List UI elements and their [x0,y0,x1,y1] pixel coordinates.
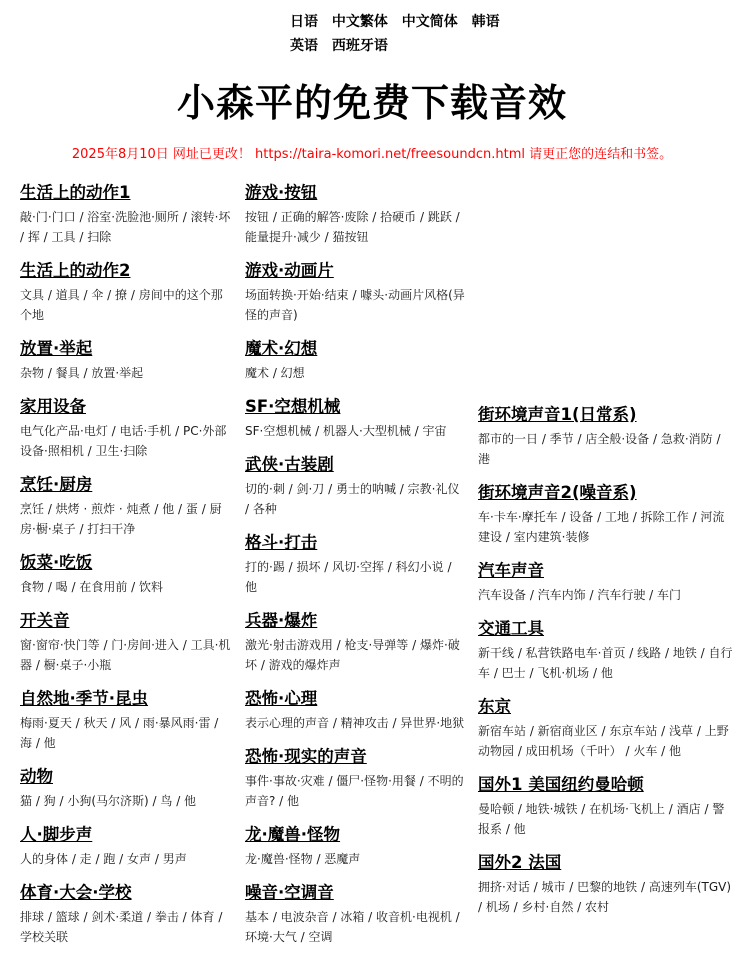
category-items: 打的·踢 / 损坏 / 风切·空挥 / 科幻小说 / 他 [245,557,466,597]
category-items: 拥挤·对话 / 城市 / 巴黎的地铁 / 高速列车(TGV) / 机场 / 乡村… [478,877,735,917]
category-section: 交通工具 新干线 / 私营铁路电车·首页 / 线路 / 地铁 / 自行车 / 巴… [478,618,735,683]
category-section: 街环境声音2(噪音系) 车·卡车·摩托车 / 设备 / 工地 / 拆除工作 / … [478,482,735,547]
category-heading-link[interactable]: 东京 [478,696,511,717]
category-section: 家用设备 电气化产品·电灯 / 电话·手机 / PC·外部设备·照相机 / 卫生… [20,396,233,461]
category-items: 魔术 / 幻想 [245,363,466,383]
category-section: 游戏·动画片 场面转换·开始·结束 / 噱头·动画片风格(异怪的声音) [245,260,466,325]
category-heading-link[interactable]: 放置·举起 [20,338,92,359]
category-section: 兵器·爆炸 激光·射击游戏用 / 枪支·导弹等 / 爆炸·破坏 / 游戏的爆炸声 [245,610,466,675]
category-section: 格斗·打击 打的·踢 / 损坏 / 风切·空挥 / 科幻小说 / 他 [245,532,466,597]
language-link[interactable]: 中文简体 [402,14,458,30]
category-heading-link[interactable]: 武侠·古装剧 [245,454,334,475]
category-items: 按钮 / 正确的解答·废除 / 拾硬币 / 跳跃 / 能量提升·减少 / 猫按钮 [245,207,466,247]
category-section: 放置·举起 杂物 / 餐具 / 放置·举起 [20,338,233,383]
category-heading-link[interactable]: 游戏·动画片 [245,260,334,281]
language-row-2: 英语 西班牙语 [290,34,744,58]
category-items: 新干线 / 私营铁路电车·首页 / 线路 / 地铁 / 自行车 / 巴士 / 飞… [478,643,735,683]
category-heading-link[interactable]: 生活上的动作1 [20,182,130,203]
category-heading-link[interactable]: 饭菜·吃饭 [20,552,92,573]
category-section: 噪音·空调音 基本 / 电波杂音 / 冰箱 / 收音机·电视机 / 环境·大气 … [245,882,466,947]
category-heading-link[interactable]: 游戏·按钮 [245,182,317,203]
category-section: 汽车声音 汽车设备 / 汽车内饰 / 汽车行驶 / 车门 [478,560,735,605]
category-heading-link[interactable]: 国外2 法国 [478,852,561,873]
category-heading-link[interactable]: 恐怖·现实的声音 [245,746,367,767]
category-heading-link[interactable]: SF·空想机械 [245,396,340,417]
page-title: 小森平的免费下载音效 [0,72,744,127]
category-section: 生活上的动作1 敲·门·门口 / 浴室·洗脸池·厕所 / 滚转·坏 / 挥 / … [20,182,233,247]
category-section: 恐怖·心理 表示心理的声音 / 精神攻击 / 异世界·地狱 [245,688,466,733]
language-switcher: 日语 中文繁体 中文简体 韩语 英语 西班牙语 [290,10,744,58]
category-section: 龙·魔兽·怪物 龙·魔兽·怪物 / 恶魔声 [245,824,466,869]
category-section: 开关音 窗·窗帘·快门等 / 门·房间·进入 / 工具·机器 / 橱·桌子·小瓶 [20,610,233,675]
category-items: 基本 / 电波杂音 / 冰箱 / 收音机·电视机 / 环境·大气 / 空调 [245,907,466,947]
category-section: 动物 猫 / 狗 / 小狗(马尔济斯) / 鸟 / 他 [20,766,233,811]
category-section: 街环境声音1(日常系) 都市的一日 / 季节 / 店全般·设备 / 急救·消防 … [478,404,735,469]
category-heading-link[interactable]: 魔术·幻想 [245,338,317,359]
category-heading-link[interactable]: 烹饪·厨房 [20,474,92,495]
language-link[interactable]: 韩语 [472,14,500,30]
category-heading-link[interactable]: 汽车声音 [478,560,544,581]
category-section: SF·空想机械 SF·空想机械 / 机器人·大型机械 / 宇宙 [245,396,466,441]
category-heading-link[interactable]: 开关音 [20,610,70,631]
category-items: 排球 / 篮球 / 剑术·柔道 / 拳击 / 体育 / 学校关联 [20,907,233,947]
language-link[interactable]: 中文繁体 [332,14,388,30]
category-heading-link[interactable]: 生活上的动作2 [20,260,130,281]
category-items: SF·空想机械 / 机器人·大型机械 / 宇宙 [245,421,466,441]
category-items: 窗·窗帘·快门等 / 门·房间·进入 / 工具·机器 / 橱·桌子·小瓶 [20,635,233,675]
category-heading-link[interactable]: 动物 [20,766,53,787]
category-items: 切的·刺 / 剑·刀 / 勇士的呐喊 / 宗教·礼仪 / 各种 [245,479,466,519]
category-items: 汽车设备 / 汽车内饰 / 汽车行驶 / 车门 [478,585,735,605]
url-change-notice: 2025年8月10日 网址已更改！ https://taira-komori.n… [0,143,744,162]
category-section: 东京 新宿车站 / 新宿商业区 / 东京车站 / 浅草 / 上野动物园 / 成田… [478,696,735,761]
language-row-1: 日语 中文繁体 中文简体 韩语 [290,10,744,34]
page: 日语 中文繁体 中文简体 韩语 英语 西班牙语 小森平的免费下载音效 2025年… [0,0,744,974]
category-items: 食物 / 喝 / 在食用前 / 饮料 [20,577,233,597]
category-section: 国外2 法国 拥挤·对话 / 城市 / 巴黎的地铁 / 高速列车(TGV) / … [478,852,735,917]
category-heading-link[interactable]: 噪音·空调音 [245,882,334,903]
language-link[interactable]: 英语 [290,38,318,54]
category-items: 曼哈顿 / 地铁·城铁 / 在机场·飞机上 / 酒店 / 警报系 / 他 [478,799,735,839]
category-items: 杂物 / 餐具 / 放置·举起 [20,363,233,383]
category-section: 生活上的动作2 文具 / 道具 / 伞 / 撩 / 房间中的这个那个地 [20,260,233,325]
category-heading-link[interactable]: 体育·大会·学校 [20,882,132,903]
category-section: 恐怖·现实的声音 事件·事故·灾难 / 僵尸·怪物·用餐 / 不明的声音? / … [245,746,466,811]
language-link[interactable]: 日语 [290,14,318,30]
category-heading-link[interactable]: 自然地·季节·昆虫 [20,688,148,709]
category-section: 烹饪·厨房 烹饪 / 烘烤 · 煎炸 · 炖煮 / 他 / 蛋 / 厨房·橱·桌… [20,474,233,539]
category-column-left: 生活上的动作1 敲·门·门口 / 浴室·洗脸池·厕所 / 滚转·坏 / 挥 / … [20,182,233,960]
category-heading-link[interactable]: 街环境声音1(日常系) [478,404,637,425]
category-heading-link[interactable]: 国外1 美国纽约曼哈顿 [478,774,644,795]
category-items: 激光·射击游戏用 / 枪支·导弹等 / 爆炸·破坏 / 游戏的爆炸声 [245,635,466,675]
category-section: 饭菜·吃饭 食物 / 喝 / 在食用前 / 饮料 [20,552,233,597]
language-link[interactable]: 西班牙语 [332,38,388,54]
category-section: 人·脚步声 人的身体 / 走 / 跑 / 女声 / 男声 [20,824,233,869]
category-column-middle: 游戏·按钮 按钮 / 正确的解答·废除 / 拾硬币 / 跳跃 / 能量提升·减少… [245,182,466,960]
category-heading-link[interactable]: 街环境声音2(噪音系) [478,482,637,503]
category-section: 游戏·按钮 按钮 / 正确的解答·废除 / 拾硬币 / 跳跃 / 能量提升·减少… [245,182,466,247]
category-section: 国外1 美国纽约曼哈顿 曼哈顿 / 地铁·城铁 / 在机场·飞机上 / 酒店 /… [478,774,735,839]
category-items: 人的身体 / 走 / 跑 / 女声 / 男声 [20,849,233,869]
category-heading-link[interactable]: 交通工具 [478,618,544,639]
category-items: 烹饪 / 烘烤 · 煎炸 · 炖煮 / 他 / 蛋 / 厨房·橱·桌子 / 打扫… [20,499,233,539]
category-items: 车·卡车·摩托车 / 设备 / 工地 / 拆除工作 / 河流建设 / 室内建筑·… [478,507,735,547]
category-heading-link[interactable]: 恐怖·心理 [245,688,317,709]
category-items: 事件·事故·灾难 / 僵尸·怪物·用餐 / 不明的声音? / 他 [245,771,466,811]
category-columns: 生活上的动作1 敲·门·门口 / 浴室·洗脸池·厕所 / 滚转·坏 / 挥 / … [0,182,744,974]
category-heading-link[interactable]: 格斗·打击 [245,532,317,553]
category-items: 表示心理的声音 / 精神攻击 / 异世界·地狱 [245,713,466,733]
category-heading-link[interactable]: 兵器·爆炸 [245,610,317,631]
category-items: 龙·魔兽·怪物 / 恶魔声 [245,849,466,869]
category-heading-link[interactable]: 龙·魔兽·怪物 [245,824,340,845]
category-items: 新宿车站 / 新宿商业区 / 东京车站 / 浅草 / 上野动物园 / 成田机场（… [478,721,735,761]
category-items: 梅雨·夏天 / 秋天 / 风 / 雨·暴风雨·雷 / 海 / 他 [20,713,233,753]
category-section: 体育·大会·学校 排球 / 篮球 / 剑术·柔道 / 拳击 / 体育 / 学校关… [20,882,233,947]
category-items: 猫 / 狗 / 小狗(马尔济斯) / 鸟 / 他 [20,791,233,811]
category-section: 魔术·幻想 魔术 / 幻想 [245,338,466,383]
category-heading-link[interactable]: 人·脚步声 [20,824,92,845]
category-section: 自然地·季节·昆虫 梅雨·夏天 / 秋天 / 风 / 雨·暴风雨·雷 / 海 /… [20,688,233,753]
category-items: 都市的一日 / 季节 / 店全般·设备 / 急救·消防 / 港 [478,429,735,469]
category-section: 武侠·古装剧 切的·刺 / 剑·刀 / 勇士的呐喊 / 宗教·礼仪 / 各种 [245,454,466,519]
category-column-right: 街环境声音1(日常系) 都市的一日 / 季节 / 店全般·设备 / 急救·消防 … [478,404,735,960]
category-items: 场面转换·开始·结束 / 噱头·动画片风格(异怪的声音) [245,285,466,325]
category-heading-link[interactable]: 家用设备 [20,396,86,417]
category-items: 敲·门·门口 / 浴室·洗脸池·厕所 / 滚转·坏 / 挥 / 工具 / 扫除 [20,207,233,247]
category-items: 文具 / 道具 / 伞 / 撩 / 房间中的这个那个地 [20,285,233,325]
category-items: 电气化产品·电灯 / 电话·手机 / PC·外部设备·照相机 / 卫生·扫除 [20,421,233,461]
